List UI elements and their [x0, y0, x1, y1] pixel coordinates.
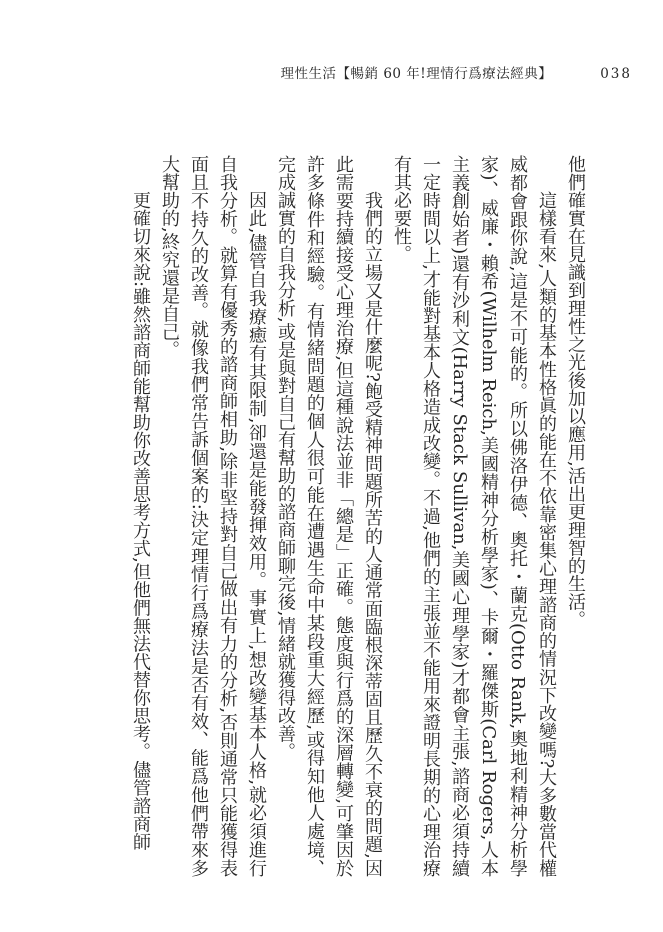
page-number: 038 [600, 66, 632, 82]
book-page: { "page": { "header": { "book_title": "理… [0, 0, 663, 932]
running-header-title: 理性生活【暢銷 60 年!理情行爲療法經典】 [281, 62, 553, 82]
paragraph-authorities: 這樣看來,人類的基本性格眞的能在不依靠密集心理諮商的情況下改變嗎?大多數當代權威… [387, 155, 561, 877]
paragraph-self-analysis: 因此,儘管自我療癒有其限制,卻還是能發揮效用。事實上,想改變基本人格,就必須進行… [155, 155, 271, 877]
paragraph-more-precisely: 更確切來說:雖然諮商師能幫助你改善思考方式,但他們無法代替你思考。儘管諮商師 [126, 155, 155, 877]
running-header: 理性生活【暢銷 60 年!理情行爲療法經典】 038 [281, 62, 632, 82]
paragraph-our-position: 我們的立場又是什麼呢?飽受精神問題所苦的人通常面臨根深蒂固且歷久不衰的問題,因此… [271, 155, 387, 877]
page-body-vertical-text: 他們確實在見識到理性之光後加以應用,活出更理智的生活。 這樣看來,人類的基本性格… [126, 155, 590, 877]
paragraph-continuation: 他們確實在見識到理性之光後加以應用,活出更理智的生活。 [561, 155, 590, 877]
